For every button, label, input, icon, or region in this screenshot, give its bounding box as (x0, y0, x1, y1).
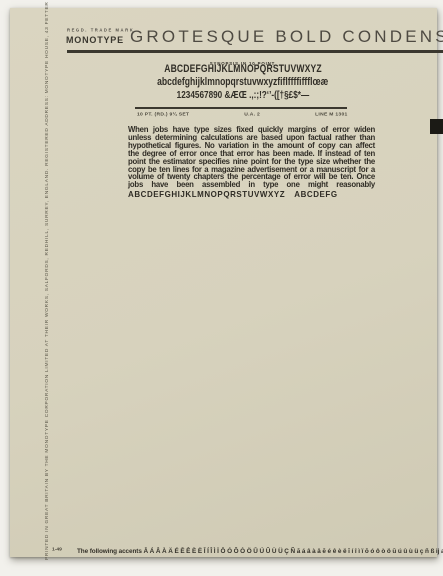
meta-unit-arrangement: U.A. 2 (244, 111, 260, 117)
printer-imprint-vertical-text: PRINTED IN GREAT BRITAIN BY THE MONOTYPE… (44, 0, 49, 560)
synopsis-figures-text: 1234567890 &ÆŒ .,:;!?‘’-([†§£$*— (176, 89, 308, 101)
fore-edge-index-tab (430, 119, 443, 134)
meta-line-serial: LINE M 1301 (315, 111, 348, 117)
synopsis-rule (135, 107, 347, 109)
specimen-sheet: PRINTED IN GREAT BRITAIN BY THE MONOTYPE… (10, 8, 437, 557)
page-number: 1-49 (52, 546, 62, 552)
registered-trademark-note: REGD. TRADE MARK (67, 28, 134, 33)
brand-name: MONOTYPE (66, 35, 124, 45)
meta-row: 10 PT. (RD.) 9¼ SET U.A. 2 LINE M 1301 (137, 111, 348, 117)
specimen-paragraph-caps: ABCDEFGHIJKLMNOPQRSTUVWXYZ ABCDEFG (128, 190, 375, 198)
specimen-paragraph-block: When jobs have type sizes fixed quickly … (128, 126, 375, 198)
specimen-paragraph: When jobs have type sizes fixed quickly … (128, 126, 375, 189)
synopsis-lowercase-text: abcdefghijklmnopqrstuvwxyzfiflffffiffflœ… (157, 76, 328, 88)
header-rule (67, 50, 443, 53)
scan-background: PRINTED IN GREAT BRITAIN BY THE MONOTYPE… (0, 0, 443, 576)
synopsis-lowercase-line: abcdefghijklmnopqrstuvwxyzfiflffffiffflœ… (130, 76, 355, 88)
specimen-title: GROTESQUE BOLD CONDENSED 81 (130, 27, 430, 47)
available-accents-line: The following accents Ā Á Â À Ä É Ē Ê È … (77, 548, 417, 555)
meta-point-size: 10 PT. (RD.) 9¼ SET (137, 111, 189, 117)
synopsis-uppercase-line: ABCDEFGHIJKLMNOPQRSTUVWXYZ (130, 63, 355, 75)
synopsis-uppercase-text: ABCDEFGHIJKLMNOPQRSTUVWXYZ (164, 63, 322, 75)
synopsis-figures-line: 1234567890 &ÆŒ .,:;!?‘’-([†§£$*— (130, 89, 355, 101)
